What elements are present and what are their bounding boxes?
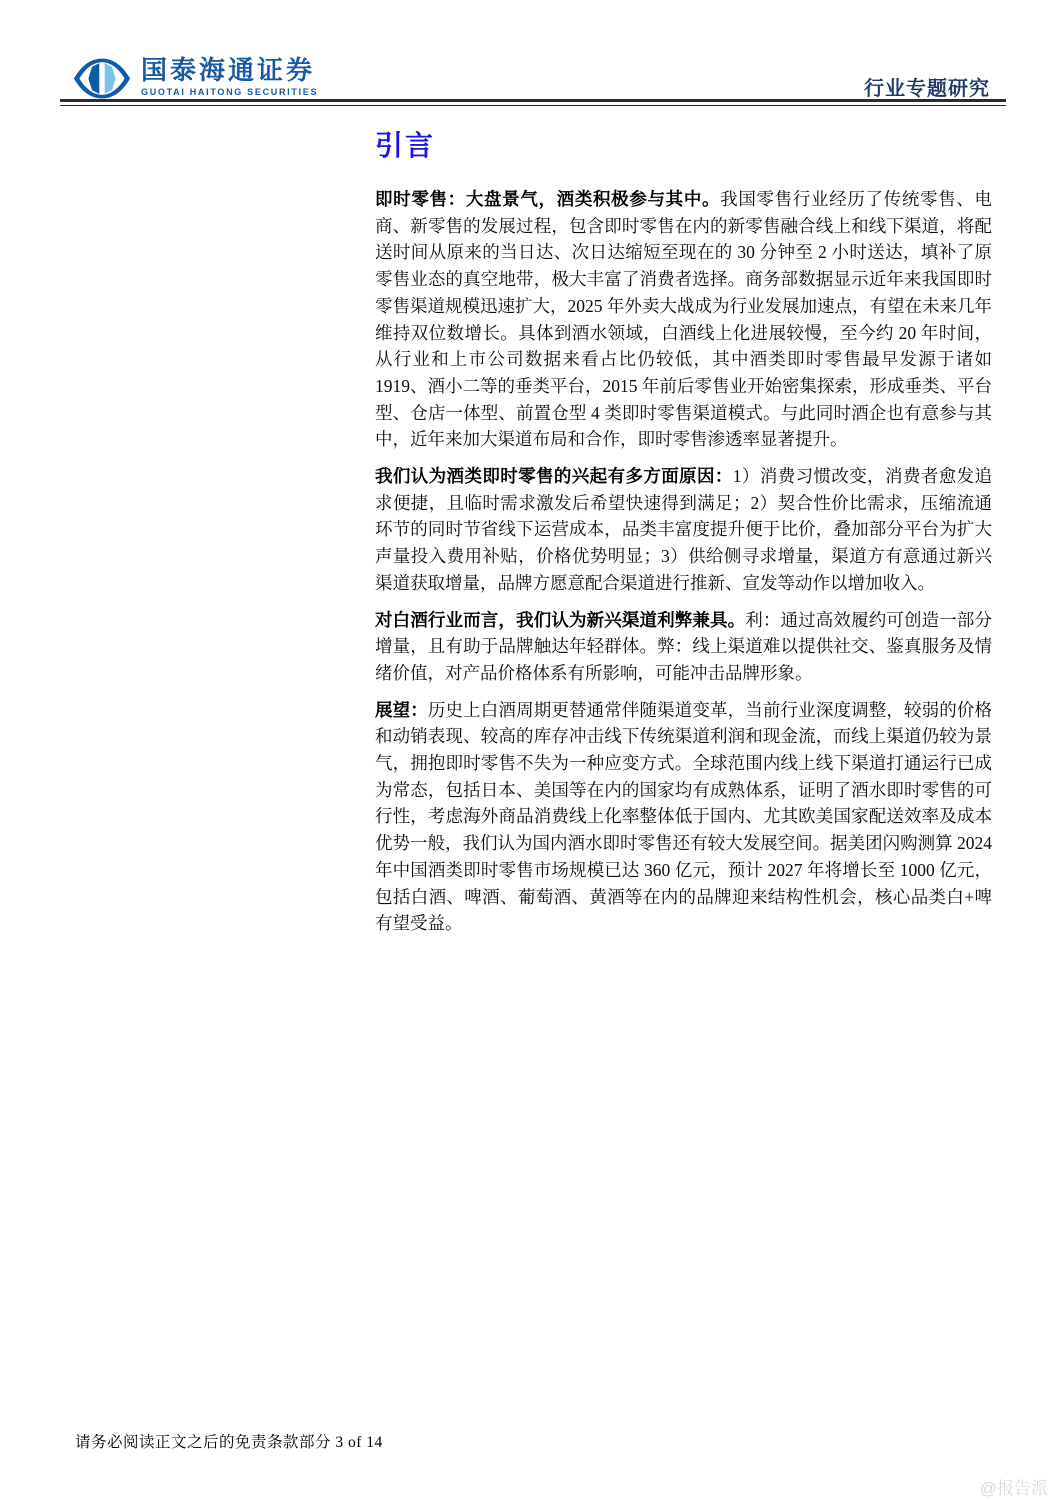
header-divider — [60, 99, 1006, 106]
paragraph-lead: 我们认为酒类即时零售的兴起有多方面原因： — [375, 466, 733, 486]
report-type-label: 行业专题研究 — [864, 72, 990, 101]
brand-logo: 国泰海通证券 GUOTAI HAITONG SECURITIES — [73, 57, 318, 100]
paragraph-lead: 即时零售：大盘景气，酒类积极参与其中。 — [375, 189, 720, 209]
paragraph-pros-cons: 对白酒行业而言，我们认为新兴渠道利弊兼具。利：通过高效履约可创造一部分增量，且有… — [375, 607, 992, 687]
paragraph-outlook: 展望：历史上白酒周期更替通常伴随渠道变革，当前行业深度调整，较弱的价格和动销表现… — [375, 697, 992, 937]
paragraph-lead: 展望： — [375, 700, 428, 720]
paragraph-instant-retail: 即时零售：大盘景气，酒类积极参与其中。我国零售行业经历了传统零售、电商、新零售的… — [375, 186, 992, 453]
section-title: 引言 — [375, 124, 992, 164]
paragraph-text: 我国零售行业经历了传统零售、电商、新零售的发展过程，包含即时零售在内的新零售融合… — [375, 189, 992, 449]
brand-name-en: GUOTAI HAITONG SECURITIES — [141, 87, 318, 97]
footer-disclaimer: 请务必阅读正文之后的免责条款部分 3 of 14 — [75, 1430, 383, 1452]
paragraph-reasons: 我们认为酒类即时零售的兴起有多方面原因：1）消费习惯改变，消费者愈发追求便捷，且… — [375, 463, 992, 597]
paragraph-text: 历史上白酒周期更替通常伴随渠道变革，当前行业深度调整，较弱的价格和动销表现、较高… — [375, 700, 992, 934]
watermark: @报告派 — [980, 1474, 1048, 1499]
report-body: 引言 即时零售：大盘景气，酒类积极参与其中。我国零售行业经历了传统零售、电商、新… — [375, 124, 992, 947]
brand-logo-icon — [73, 57, 131, 100]
brand-name-cn: 国泰海通证券 — [141, 57, 318, 84]
paragraph-lead: 对白酒行业而言，我们认为新兴渠道利弊兼具。 — [375, 610, 745, 630]
